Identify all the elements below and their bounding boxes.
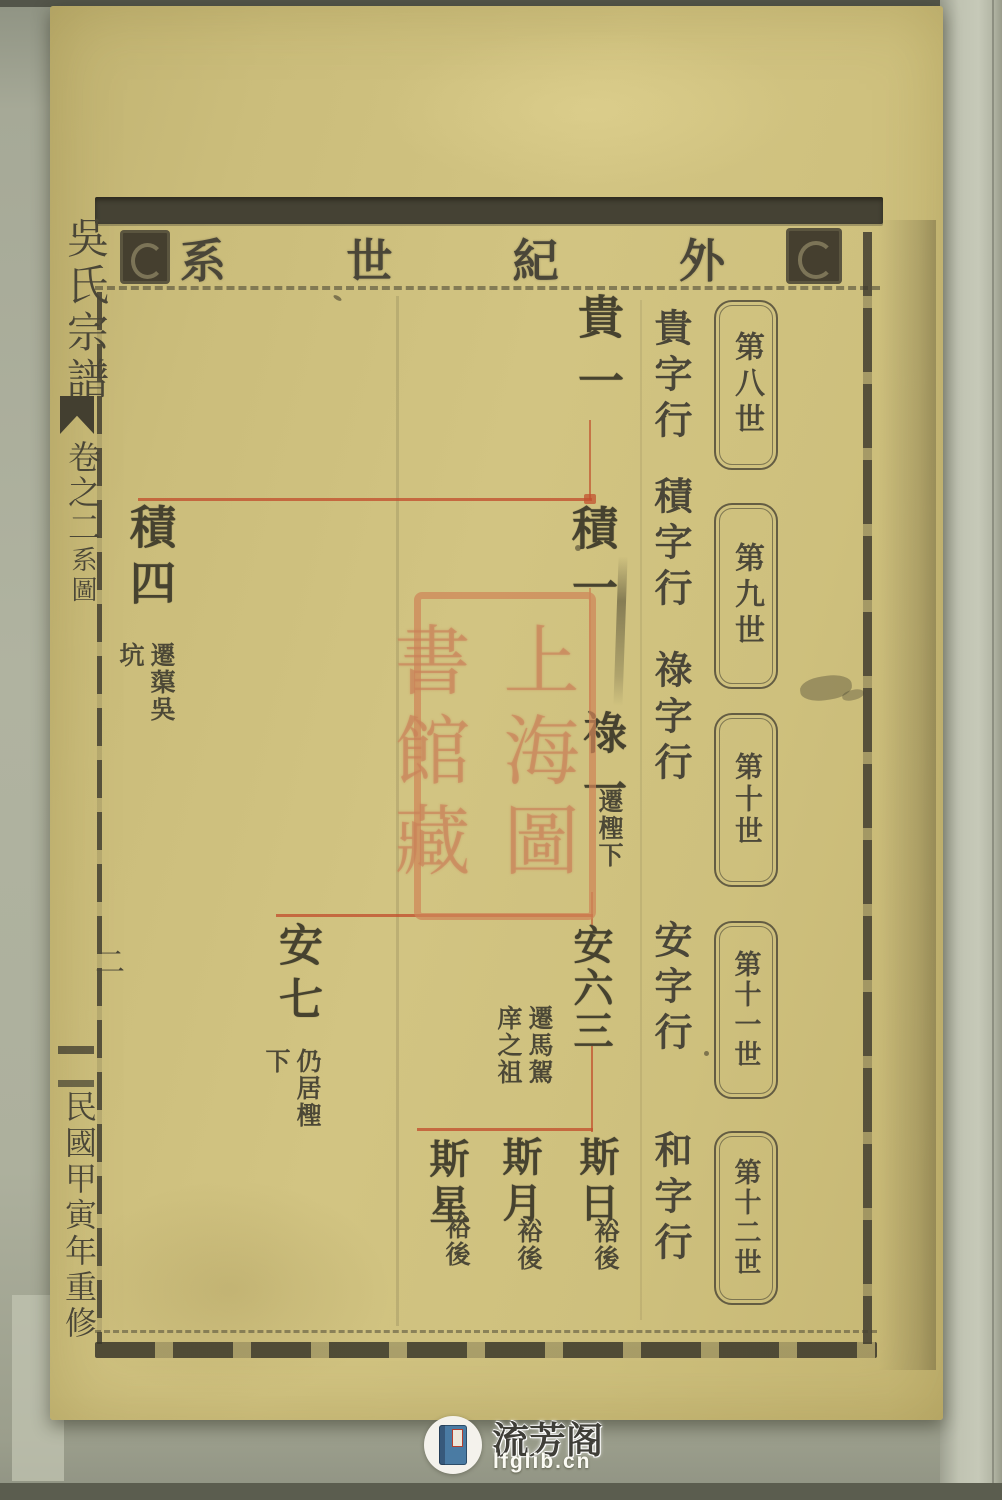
person-note-anliusan: 遷馬駕庠之祖 [492, 1005, 554, 1099]
generation-badge-8: 第八世 [714, 300, 778, 470]
seal-column-left: 書館藏 [371, 599, 480, 913]
paper-stain [70, 1180, 390, 1400]
person-note-anqi: 仍居檉下 [260, 1048, 322, 1142]
seal-text: 書館藏 [371, 621, 480, 891]
dragon-ornament-right-icon [786, 228, 842, 284]
page-curl-shadow [878, 220, 936, 1370]
watermark-site-url: lfglib.cn [493, 1450, 592, 1474]
hang-label-gen12: 和字行 [642, 1130, 697, 1268]
spine-volume: 卷之二 [58, 440, 105, 545]
person-name-anqi: 安七 [264, 922, 328, 1030]
spine-book-title: 吳氏宗譜 [54, 216, 114, 404]
hang-label-gen11: 安字行 [642, 920, 697, 1058]
underlying-page-edge-right [940, 0, 1002, 1500]
ink-spot [704, 1051, 709, 1056]
lineage-line-vertical [591, 1046, 593, 1132]
generation-badge-label: 第八世 [724, 331, 768, 439]
frame-top-band [95, 197, 883, 224]
generation-badge-label: 第十二世 [727, 1158, 766, 1278]
frame-border-right [863, 232, 872, 1344]
watermark-logo-circle [424, 1416, 482, 1474]
generation-badge-12: 第十二世 [714, 1131, 778, 1305]
library-seal: 上海圖 書館藏 [414, 592, 596, 920]
page-number: 二 [84, 946, 128, 976]
seal-text: 上海圖 [480, 621, 589, 891]
paper-stain [380, 30, 800, 190]
generation-badge-label: 第十世 [726, 752, 766, 848]
lineage-line-horizontal [138, 498, 592, 501]
person-name-anliusan: 安六三 [562, 924, 619, 1053]
spine-section: 系圖 [64, 546, 101, 606]
page-title-char: 系 [180, 225, 226, 291]
person-name-jisi: 積四 [116, 503, 182, 615]
person-note-jisi: 遷蕖吳坑 [114, 642, 176, 736]
dragon-ornament-left-icon [120, 230, 170, 284]
spine-edition-note: 民國甲寅年重修 [56, 1090, 102, 1342]
generation-badge-10: 第十世 [714, 713, 778, 887]
spine-divider-bars [58, 1046, 94, 1087]
generation-badge-9: 第九世 [714, 503, 778, 689]
frame-border-bottom-band [95, 1342, 877, 1358]
hang-label-gen10: 祿字行 [642, 650, 697, 788]
person-name-guiyi: 貴一 [564, 293, 630, 421]
person-note-luyi: 遷檉下 [594, 788, 624, 910]
hang-label-gen9: 積字行 [642, 476, 697, 614]
generation-badge-label: 第九世 [724, 542, 768, 650]
page-title-char: 外 [679, 225, 725, 291]
person-name-siri: 斯日 [568, 1136, 625, 1228]
page-title: 外 紀 世 系 [180, 229, 725, 287]
person-name-siyue: 斯月 [491, 1136, 548, 1228]
scanned-genealogy-page: 外 紀 世 系 吳氏宗譜 卷之二 系圖 二 民國甲寅年重修 第八世 第九世 第十… [0, 0, 1002, 1500]
frame-border-bottom-thin [95, 1330, 877, 1333]
seal-column-right: 上海圖 [480, 599, 589, 913]
lineage-line-vertical [589, 420, 591, 500]
person-note-sixing: 裕後 [440, 1214, 471, 1268]
page-title-char: 世 [346, 225, 392, 291]
page-title-char: 紀 [513, 225, 559, 291]
generation-badge-11: 第十一世 [714, 921, 778, 1099]
hang-label-gen8: 貴字行 [642, 308, 697, 446]
person-note-siri: 裕後 [589, 1218, 620, 1272]
lineage-line-junction [584, 494, 596, 504]
lineage-line-horizontal [417, 1128, 593, 1131]
generation-badge-label: 第十一世 [727, 950, 766, 1070]
mat-bottom-strip [0, 1483, 1002, 1500]
book-icon [439, 1425, 467, 1465]
person-note-siyue: 裕後 [512, 1218, 543, 1272]
